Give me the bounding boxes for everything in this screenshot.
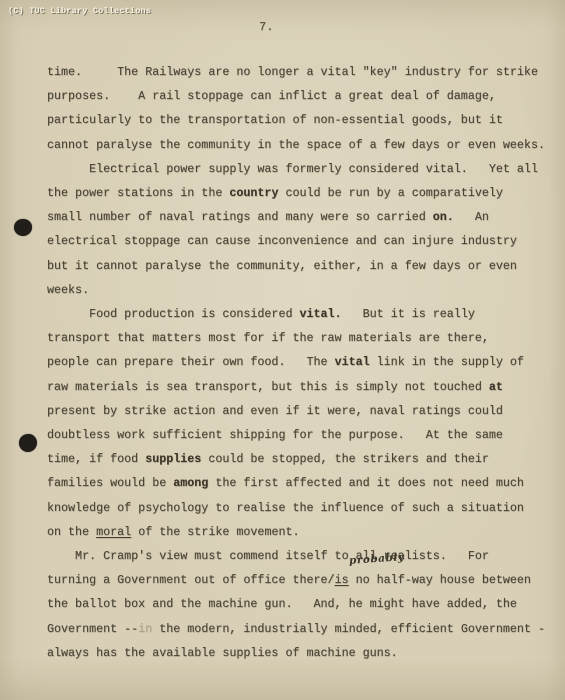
text-line: time, if food supplies could be stopped,… xyxy=(47,447,559,471)
text-line: small number of naval ratings and many w… xyxy=(47,205,559,229)
text-line: purposes. A rail stoppage can inflict a … xyxy=(47,84,559,108)
text-line: the ballot box and the machine gun. And,… xyxy=(47,592,559,616)
hole-punch-mark xyxy=(13,218,33,237)
text-line: knowledge of psychology to realise the i… xyxy=(47,496,559,520)
text-line: transport that matters most for if the r… xyxy=(47,326,559,350)
text-line: present by strike action and even if it … xyxy=(47,399,559,423)
text-line: raw materials is sea transport, but this… xyxy=(47,375,559,399)
text-line: Mr. Cramp's view must commend itself to … xyxy=(47,544,559,568)
text-line: cannot paralyse the community in the spa… xyxy=(47,133,559,157)
text-line: Government --in the modern, industrially… xyxy=(47,617,559,641)
text-line: people can prepare their own food. The v… xyxy=(47,350,559,374)
text-line: but it cannot paralyse the community, ei… xyxy=(47,254,559,278)
typewritten-text: time. The Railways are no longer a vital… xyxy=(47,60,559,665)
text-line: doubtless work sufficient shipping for t… xyxy=(47,423,559,447)
text-line: electrical stoppage can cause inconvenie… xyxy=(47,229,559,253)
document-page: (C) TUC Library Collections 7. time. The… xyxy=(0,0,565,700)
text-line: on the moral of the strike movement. xyxy=(47,520,559,544)
text-line: turning a Government out of office there… xyxy=(47,568,559,592)
page-number: 7. xyxy=(259,20,273,34)
text-line: time. The Railways are no longer a vital… xyxy=(47,60,559,84)
text-line: Food production is considered vital. But… xyxy=(47,302,559,326)
text-line: weeks. xyxy=(47,278,559,302)
text-line: particularly to the transportation of no… xyxy=(47,108,559,132)
hole-punch-mark xyxy=(18,433,38,453)
text-line: families would be among the first affect… xyxy=(47,471,559,495)
watermark: (C) TUC Library Collections xyxy=(8,6,151,16)
text-line: the power stations in the country could … xyxy=(47,181,559,205)
text-line: Electrical power supply was formerly con… xyxy=(47,157,559,181)
text-line: always has the available supplies of mac… xyxy=(47,641,559,665)
